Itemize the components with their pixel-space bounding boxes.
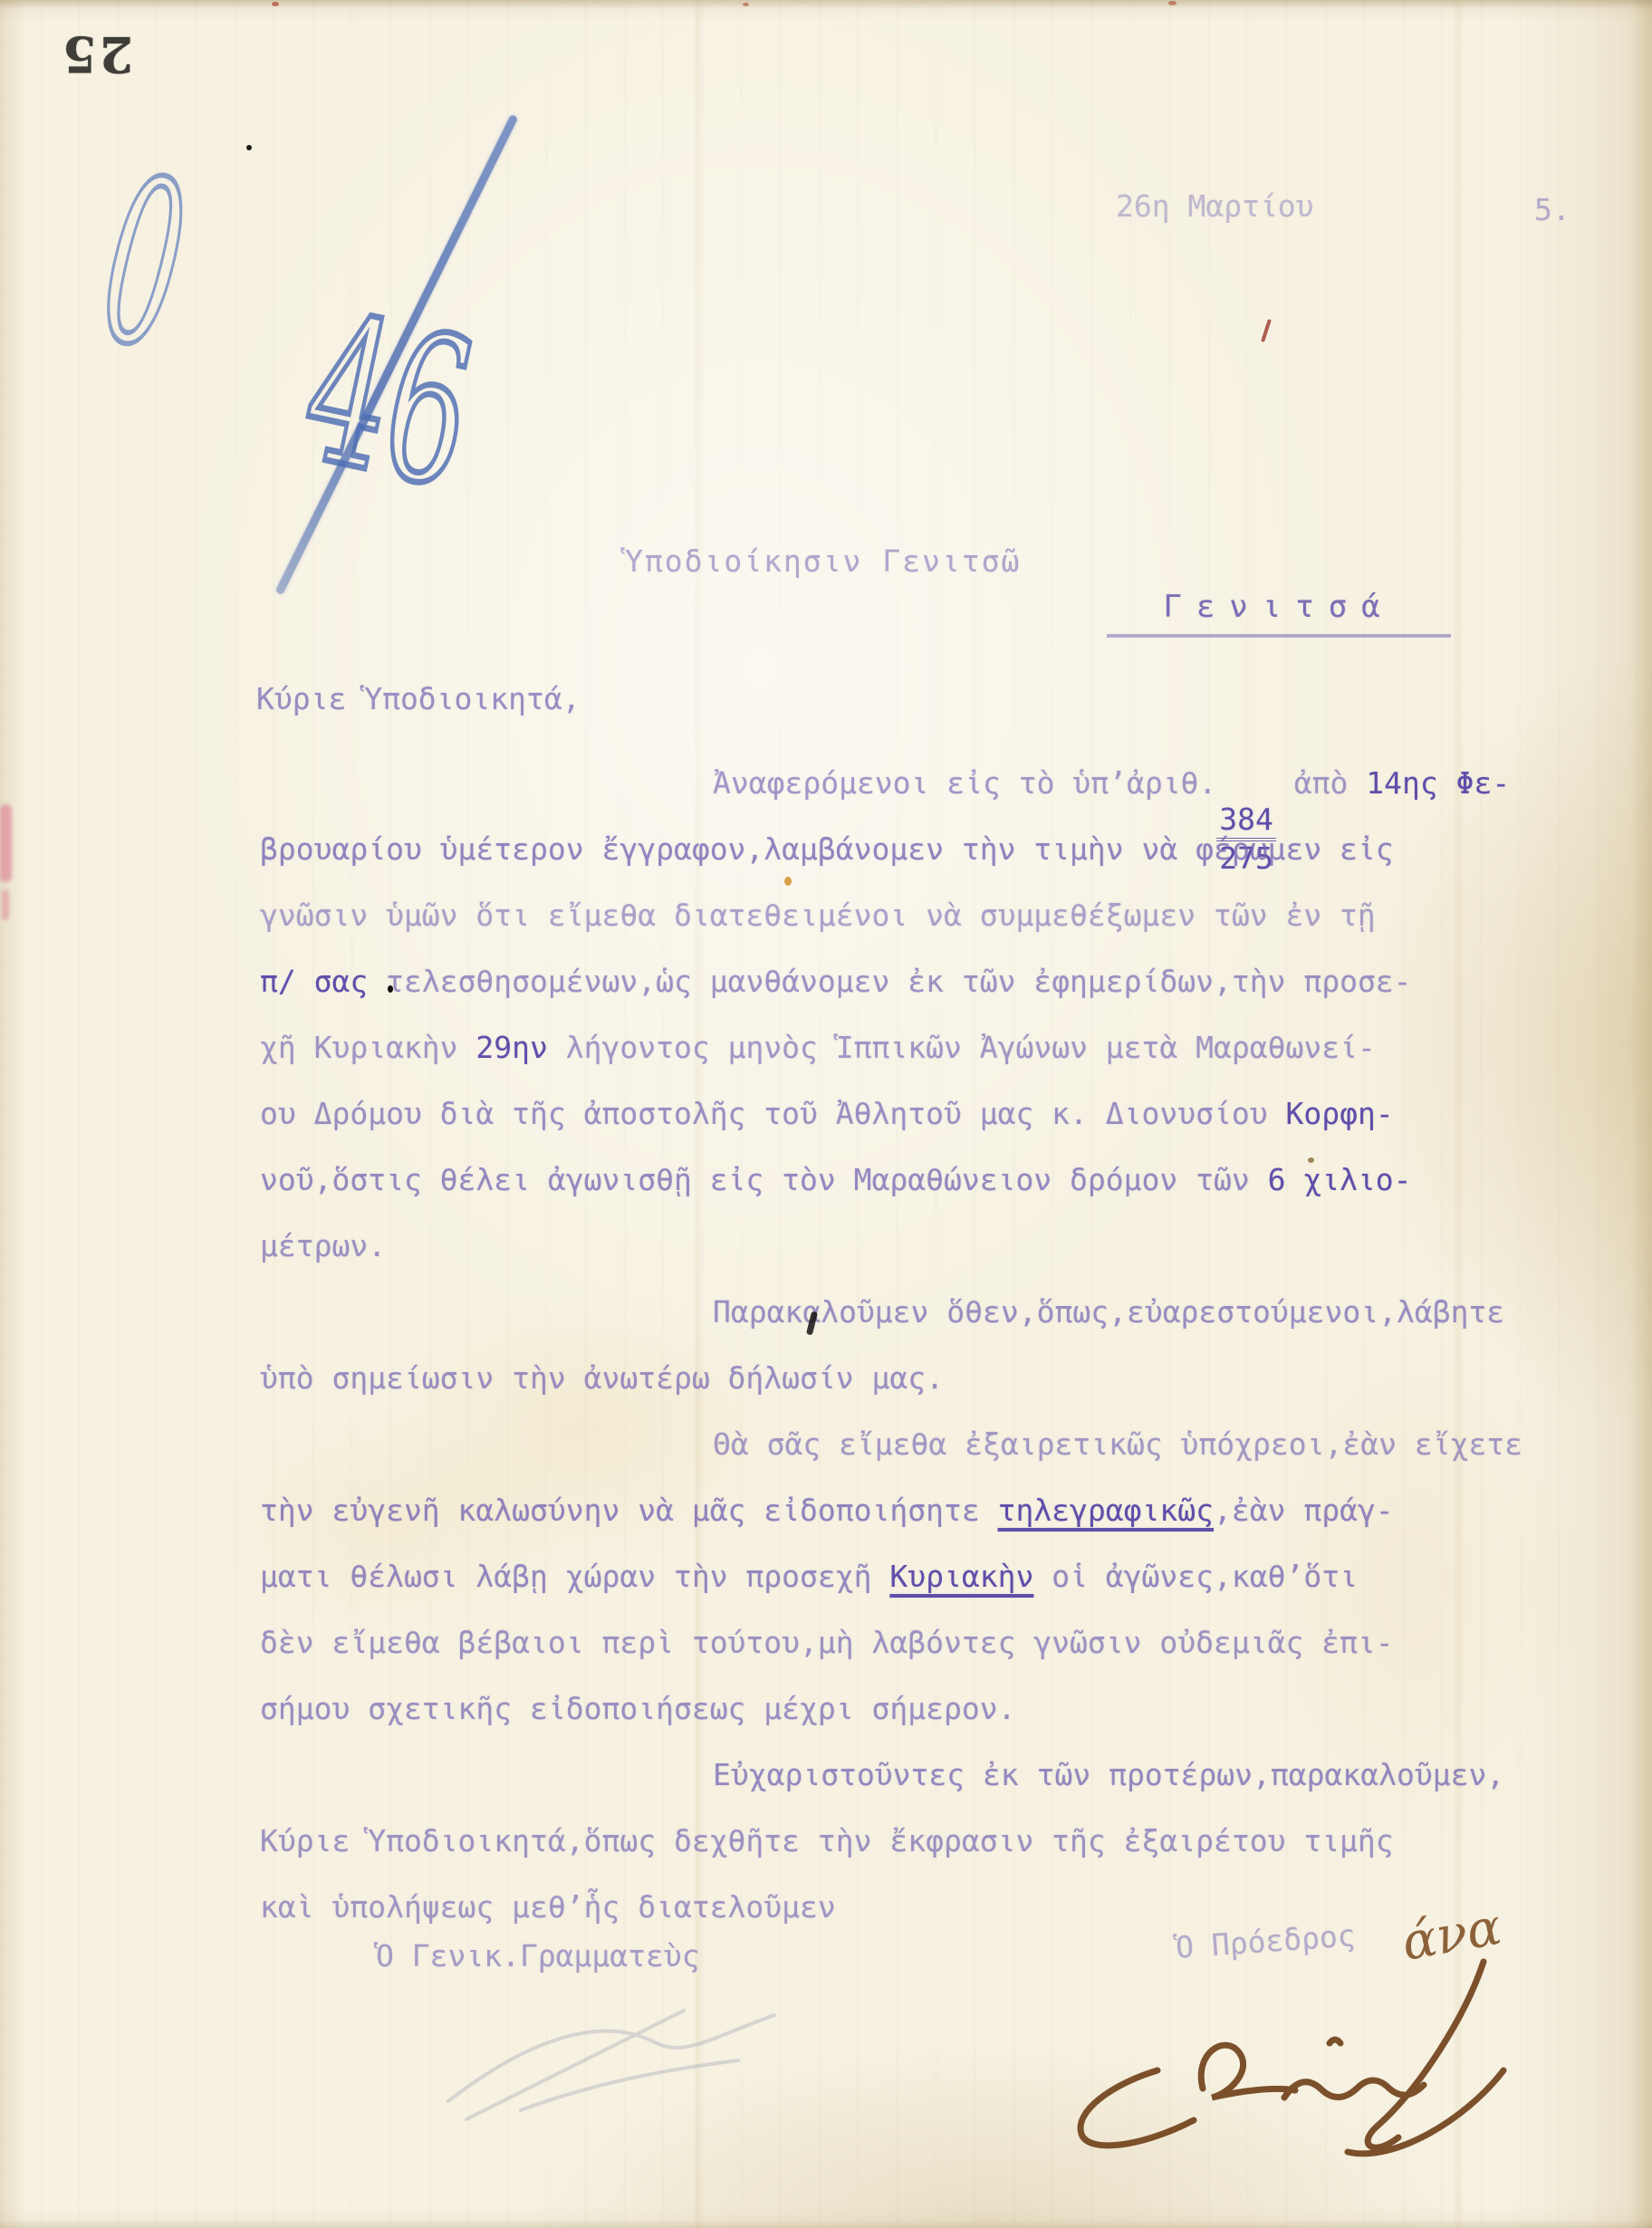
letter-date: 26η Μαρτίου xyxy=(1116,188,1314,224)
letter-line: Παρακαλοῦμεν ὅθεν,ὅπως,εὐαρεστούμενοι,λά… xyxy=(260,1279,1528,1345)
recipient-line: Ὑποδιοίκησιν Γενιτσῶ xyxy=(625,543,1021,579)
letter-line: Εὐχαριστοῦντες ἐκ τῶν προτέρων,παρακαλοῦ… xyxy=(260,1742,1528,1808)
letter-line: μέτρων. xyxy=(260,1213,1528,1279)
paper-pink-smudge-small xyxy=(2,889,9,920)
archive-stamp-number: 25 xyxy=(60,25,133,83)
scanned-letter-page: 25 0 46 26η Μαρτίου 5. Ὑποδιοίκησιν Γενι… xyxy=(0,0,1652,2228)
letter-line: νοῦ,ὅστις θέλει ἀγωνισθῇ εἰς τὸν Μαραθών… xyxy=(260,1147,1528,1213)
paper-speck xyxy=(1168,1,1177,5)
paper-speck xyxy=(743,3,749,6)
paper-speck xyxy=(246,145,252,150)
paper-speck xyxy=(1308,1157,1314,1163)
letter-line: Ἀναφερόμενοι εἰς τὸ ὑπ’ἀριθ.384275 ἀπὸ 1… xyxy=(260,750,1528,816)
secretary-title: Ὁ Γενικ.Γραμματεὺς xyxy=(376,1938,700,1974)
salutation: Κύριε Ὑποδιοικητά, xyxy=(256,681,581,716)
letter-line: χῆ Κυριακὴν 29ην λήγοντος μηνὸς Ἱππικῶν … xyxy=(260,1014,1528,1080)
secretary-pencil-signature xyxy=(412,1974,901,2128)
paper-speck xyxy=(272,2,279,6)
president-signature xyxy=(1058,1935,1583,2161)
place-line-underlined: Γενιτσά xyxy=(1107,589,1451,638)
letter-line: ου Δρόμου διὰ τῆς ἀποστολῆς τοῦ Ἀθλητοῦ … xyxy=(260,1080,1528,1147)
letter-line: γνῶσιν ὑμῶν ὅτι εἴμεθα διατεθειμένοι νὰ … xyxy=(260,882,1528,948)
letter-line: σήμου σχετικῆς εἰδοποιήσεως μέχρι σήμερο… xyxy=(260,1676,1528,1742)
letter-line: π/ σας τελεσθησομένων,ὡς μανθάνομεν ἐκ τ… xyxy=(260,948,1528,1014)
registry-mark-numerator: 0 xyxy=(81,145,206,384)
letter-date-year-fragment: 5. xyxy=(1534,192,1570,227)
place-name: Γενιτσά xyxy=(1163,589,1394,625)
letter-line: Θὰ σᾶς εἴμεθα ἐξαιρετικῶς ὑπόχρεοι,ἐὰν ε… xyxy=(260,1411,1528,1477)
letter-line: ματι θέλωσι λάβῃ χώραν τὴν προσεχῆ Κυρια… xyxy=(260,1543,1528,1609)
letter-line: τὴν εὐγενῆ καλωσύνην νὰ μᾶς εἰδοποιήσητε… xyxy=(260,1477,1528,1543)
paper-speck xyxy=(784,877,792,886)
letter-line: βρουαρίου ὑμέτερον ἔγγραφον,λαμβάνομεν τ… xyxy=(260,816,1528,882)
letter-line: δὲν εἴμεθα βέβαιοι περὶ τούτου,μὴ λαβόντ… xyxy=(260,1609,1528,1676)
registry-mark-denominator: 46 xyxy=(289,286,487,518)
paper-pink-smudge xyxy=(0,804,12,882)
letter-line: ὑπὸ σημείωσιν τὴν ἀνωτέρω δήλωσίν μας. xyxy=(260,1345,1528,1411)
letter-body: Ἀναφερόμενοι εἰς τὸ ὑπ’ἀριθ.384275 ἀπὸ 1… xyxy=(260,750,1528,1940)
paper-red-mark xyxy=(1261,319,1272,342)
paper-speck xyxy=(388,985,393,993)
letter-line: Κύριε Ὑποδιοικητά,ὅπως δεχθῆτε τὴν ἔκφρα… xyxy=(260,1808,1528,1874)
